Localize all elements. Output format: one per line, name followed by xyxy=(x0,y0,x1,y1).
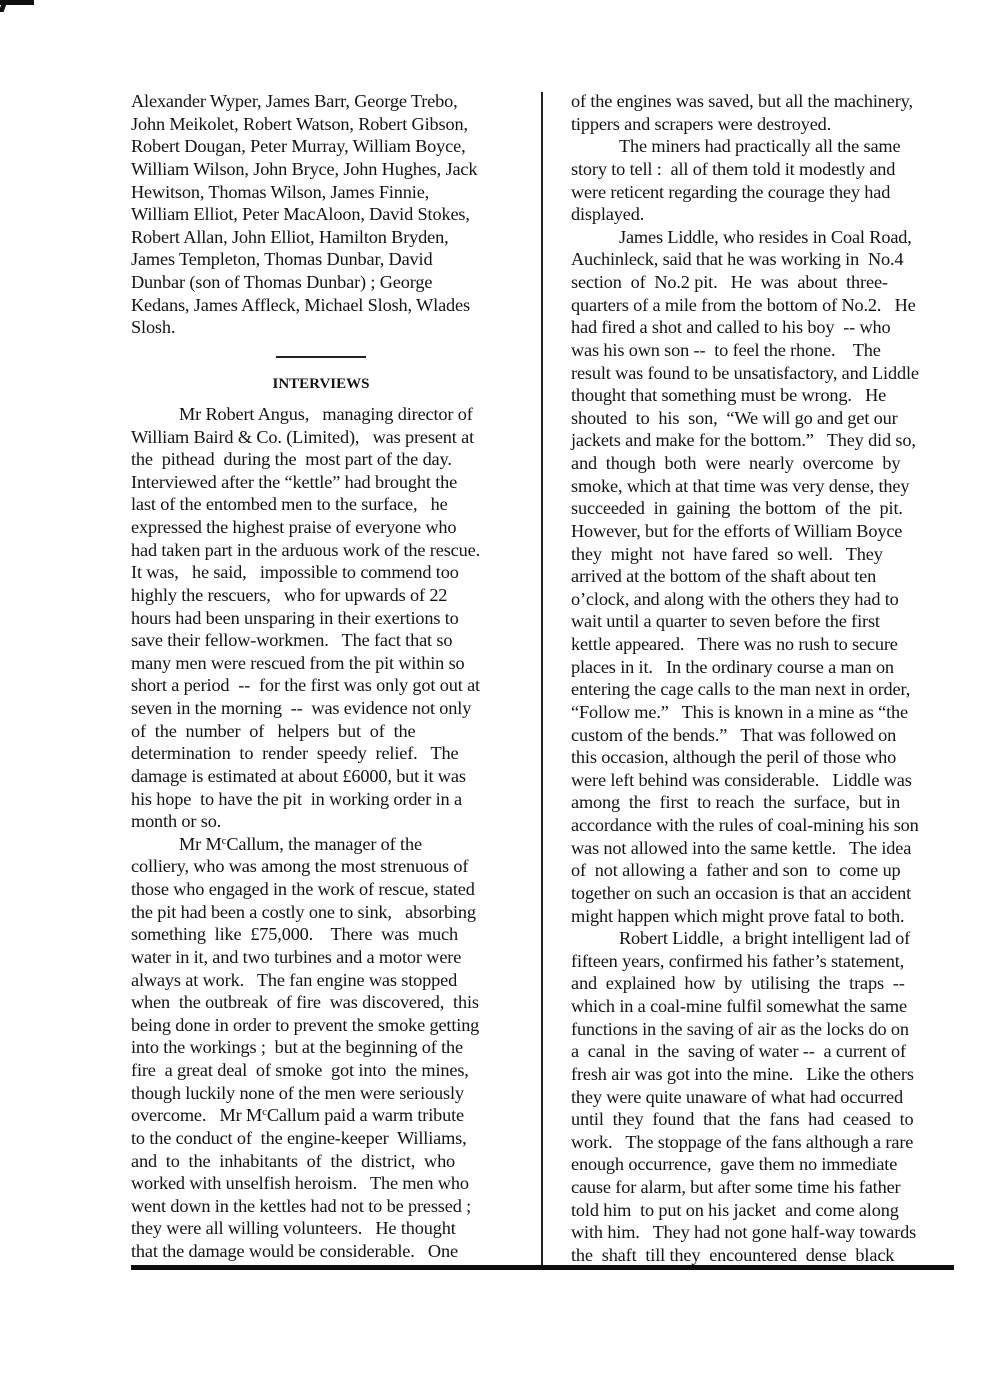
text-line: section of No.2 pit. He was about three- xyxy=(571,271,961,294)
rescuers-names-list: Alexander Wyper, James Barr, George Treb… xyxy=(131,90,531,339)
text-line: The miners had practically all the same xyxy=(571,135,961,158)
paragraph-miners: The miners had practically all the same … xyxy=(571,135,961,226)
text-line: the shaft till they encountered dense bl… xyxy=(571,1244,961,1267)
text-line: Robert Liddle, a bright intelligent lad … xyxy=(571,927,961,950)
text-line: wait until a quarter to seven before the… xyxy=(571,610,961,633)
text-line: shouted to his son, “We will go and get … xyxy=(571,407,961,430)
text-line: of the number of helpers but of the xyxy=(131,720,531,743)
text-line: Mr Robert Angus, managing director of xyxy=(131,403,531,426)
text-line: and though both were nearly overcome by xyxy=(571,452,961,475)
text-line: they might not have fared so well. They xyxy=(571,543,961,566)
text-fragment: Callum paid a warm tribute xyxy=(267,1105,464,1125)
text-line: the pit had been a costly one to sink, a… xyxy=(131,901,531,924)
text-line: hours had been unsparing in their exerti… xyxy=(131,607,531,630)
text-line: to the conduct of the engine-keeper Will… xyxy=(131,1127,531,1150)
text-line: arrived at the bottom of the shaft about… xyxy=(571,565,961,588)
text-line: told him to put on his jacket and come a… xyxy=(571,1199,961,1222)
text-line: might happen which might prove fatal to … xyxy=(571,905,961,928)
text-line: and to the inhabitants of the district, … xyxy=(131,1150,531,1173)
text-line: It was, he said, impossible to commend t… xyxy=(131,561,531,584)
text-line: of the engines was saved, but all the ma… xyxy=(571,90,961,113)
text-line: into the workings ; but at the beginning… xyxy=(131,1036,531,1059)
text-line: Alexander Wyper, James Barr, George Treb… xyxy=(131,90,531,113)
text-line: that the damage would be considerable. O… xyxy=(131,1240,531,1263)
scan-corner-mark xyxy=(0,0,34,5)
text-line: were left behind was considerable. Liddl… xyxy=(571,769,961,792)
text-line: “Follow me.” This is known in a mine as … xyxy=(571,701,961,724)
text-line: being done in order to prevent the smoke… xyxy=(131,1014,531,1037)
text-line: tippers and scrapers were destroyed. xyxy=(571,113,961,136)
paragraph-mccallum: Mr McCallum, the manager of the colliery… xyxy=(131,833,531,1263)
text-line: Hewitson, Thomas Wilson, James Finnie, xyxy=(131,181,531,204)
text-line: enough occurrence, gave them no immediat… xyxy=(571,1153,961,1176)
text-line: Interviewed after the “kettle” had broug… xyxy=(131,471,531,494)
text-line: the pithead during the most part of the … xyxy=(131,448,531,471)
right-column: of the engines was saved, but all the ma… xyxy=(571,90,961,1267)
text-line: overcome. Mr McCallum paid a warm tribut… xyxy=(131,1104,531,1127)
text-line: Auchinleck, said that he was working in … xyxy=(571,248,961,271)
text-line: John Meikolet, Robert Watson, Robert Gib… xyxy=(131,113,531,136)
text-line: However, but for the efforts of William … xyxy=(571,520,961,543)
text-line: which in a coal-mine fulfil somewhat the… xyxy=(571,995,961,1018)
text-line: was not allowed into the same kettle. Th… xyxy=(571,837,961,860)
text-line: o’clock, and along with the others they … xyxy=(571,588,961,611)
text-line: they were quite unaware of what had occu… xyxy=(571,1086,961,1109)
text-line: this occasion, although the peril of tho… xyxy=(571,746,961,769)
text-line: functions in the saving of air as the lo… xyxy=(571,1018,961,1041)
text-line: cause for alarm, but after some time his… xyxy=(571,1176,961,1199)
text-line: fifteen years, confirmed his father’s st… xyxy=(571,950,961,973)
text-line: expressed the highest praise of everyone… xyxy=(131,516,531,539)
text-line: many men were rescued from the pit withi… xyxy=(131,652,531,675)
text-line: James Liddle, who resides in Coal Road, xyxy=(571,226,961,249)
text-line: fire a great deal of smoke got into the … xyxy=(131,1059,531,1082)
text-line: a canal in the saving of water -- a curr… xyxy=(571,1040,961,1063)
text-line: with him. They had not gone half-way tow… xyxy=(571,1221,961,1244)
text-line: went down in the kettles had not to be p… xyxy=(131,1195,531,1218)
text-line: colliery, who was among the most strenuo… xyxy=(131,855,531,878)
text-line: displayed. xyxy=(571,203,961,226)
text-line: custom of the bends.” That was followed … xyxy=(571,724,961,747)
text-line: Robert Dougan, Peter Murray, William Boy… xyxy=(131,135,531,158)
text-fragment: Mr M xyxy=(179,834,222,854)
text-line: thought that something must be wrong. He xyxy=(571,384,961,407)
text-line: they were all willing volunteers. He tho… xyxy=(131,1217,531,1240)
text-line: had fired a shot and called to his boy -… xyxy=(571,316,961,339)
paragraph-robert-angus: Mr Robert Angus, managing director of Wi… xyxy=(131,403,531,833)
text-line: save their fellow-workmen. The fact that… xyxy=(131,629,531,652)
text-line: places in it. In the ordinary course a m… xyxy=(571,656,961,679)
text-line: William Baird & Co. (Limited), was prese… xyxy=(131,426,531,449)
text-line: entering the cage calls to the man next … xyxy=(571,678,961,701)
text-line: Slosh. xyxy=(131,316,531,339)
text-line: were reticent regarding the courage they… xyxy=(571,181,961,204)
text-line: Robert Allan, John Elliot, Hamilton Bryd… xyxy=(131,226,531,249)
text-line: and explained how by utilising the traps… xyxy=(571,972,961,995)
text-line: Dunbar (son of Thomas Dunbar) ; George xyxy=(131,271,531,294)
text-line: accordance with the rules of coal-mining… xyxy=(571,814,961,837)
text-line: last of the entombed men to the surface,… xyxy=(131,493,531,516)
text-line: succeeded in gaining the bottom of the p… xyxy=(571,497,961,520)
text-line: together on such an occasion is that an … xyxy=(571,882,961,905)
text-line: determination to render speedy relief. T… xyxy=(131,742,531,765)
column-divider-rule xyxy=(541,92,543,1267)
text-line: jackets and make for the bottom.” They d… xyxy=(571,429,961,452)
text-line: short a period -- for the first was only… xyxy=(131,674,531,697)
text-line: highly the rescuers, who for upwards of … xyxy=(131,584,531,607)
text-line: though luckily none of the men were seri… xyxy=(131,1082,531,1105)
paragraph-continuation: of the engines was saved, but all the ma… xyxy=(571,90,961,135)
paragraph-robert-liddle: Robert Liddle, a bright intelligent lad … xyxy=(571,927,961,1266)
text-line: fresh air was got into the mine. Like th… xyxy=(571,1063,961,1086)
text-line: of not allowing a father and son to come… xyxy=(571,859,961,882)
text-fragment: Callum, the manager of the xyxy=(226,834,422,854)
text-line: William Elliot, Peter MacAloon, David St… xyxy=(131,203,531,226)
text-line: was his own son -- to feel the rhone. Th… xyxy=(571,339,961,362)
paragraph-james-liddle: James Liddle, who resides in Coal Road, … xyxy=(571,226,961,927)
text-line: damage is estimated at about £6000, but … xyxy=(131,765,531,788)
text-line: kettle appeared. There was no rush to se… xyxy=(571,633,961,656)
text-line: seven in the morning -- was evidence not… xyxy=(131,697,531,720)
text-line: something like £75,000. There was much xyxy=(131,923,531,946)
text-fragment: overcome. Mr M xyxy=(131,1105,262,1125)
text-line: William Wilson, John Bryce, John Hughes,… xyxy=(131,158,531,181)
text-line: always at work. The fan engine was stopp… xyxy=(131,969,531,992)
section-heading-interviews: INTERVIEWS xyxy=(131,373,511,395)
text-line: smoke, which at that time was very dense… xyxy=(571,475,961,498)
text-line: until they found that the fans had cease… xyxy=(571,1108,961,1131)
text-line: Kedans, James Affleck, Michael Slosh, Wl… xyxy=(131,294,531,317)
text-line: quarters of a mile from the bottom of No… xyxy=(571,294,961,317)
text-line: month or so. xyxy=(131,810,531,833)
text-line: water in it, and two turbines and a moto… xyxy=(131,946,531,969)
section-separator-rule xyxy=(276,356,366,358)
text-line: story to tell : all of them told it mode… xyxy=(571,158,961,181)
text-line: his hope to have the pit in working orde… xyxy=(131,788,531,811)
text-line: those who engaged in the work of rescue,… xyxy=(131,878,531,901)
text-line: had taken part in the arduous work of th… xyxy=(131,539,531,562)
text-line: James Templeton, Thomas Dunbar, David xyxy=(131,248,531,271)
text-line: Mr McCallum, the manager of the xyxy=(131,833,531,856)
text-line: when the outbreak of fire was discovered… xyxy=(131,991,531,1014)
left-column: Alexander Wyper, James Barr, George Treb… xyxy=(131,90,531,1263)
text-line: among the first to reach the surface, bu… xyxy=(571,791,961,814)
page-bottom-rule xyxy=(131,1265,954,1270)
text-line: work. The stoppage of the fans although … xyxy=(571,1131,961,1154)
text-line: result was found to be unsatisfactory, a… xyxy=(571,362,961,385)
text-line: worked with unselfish heroism. The men w… xyxy=(131,1172,531,1195)
